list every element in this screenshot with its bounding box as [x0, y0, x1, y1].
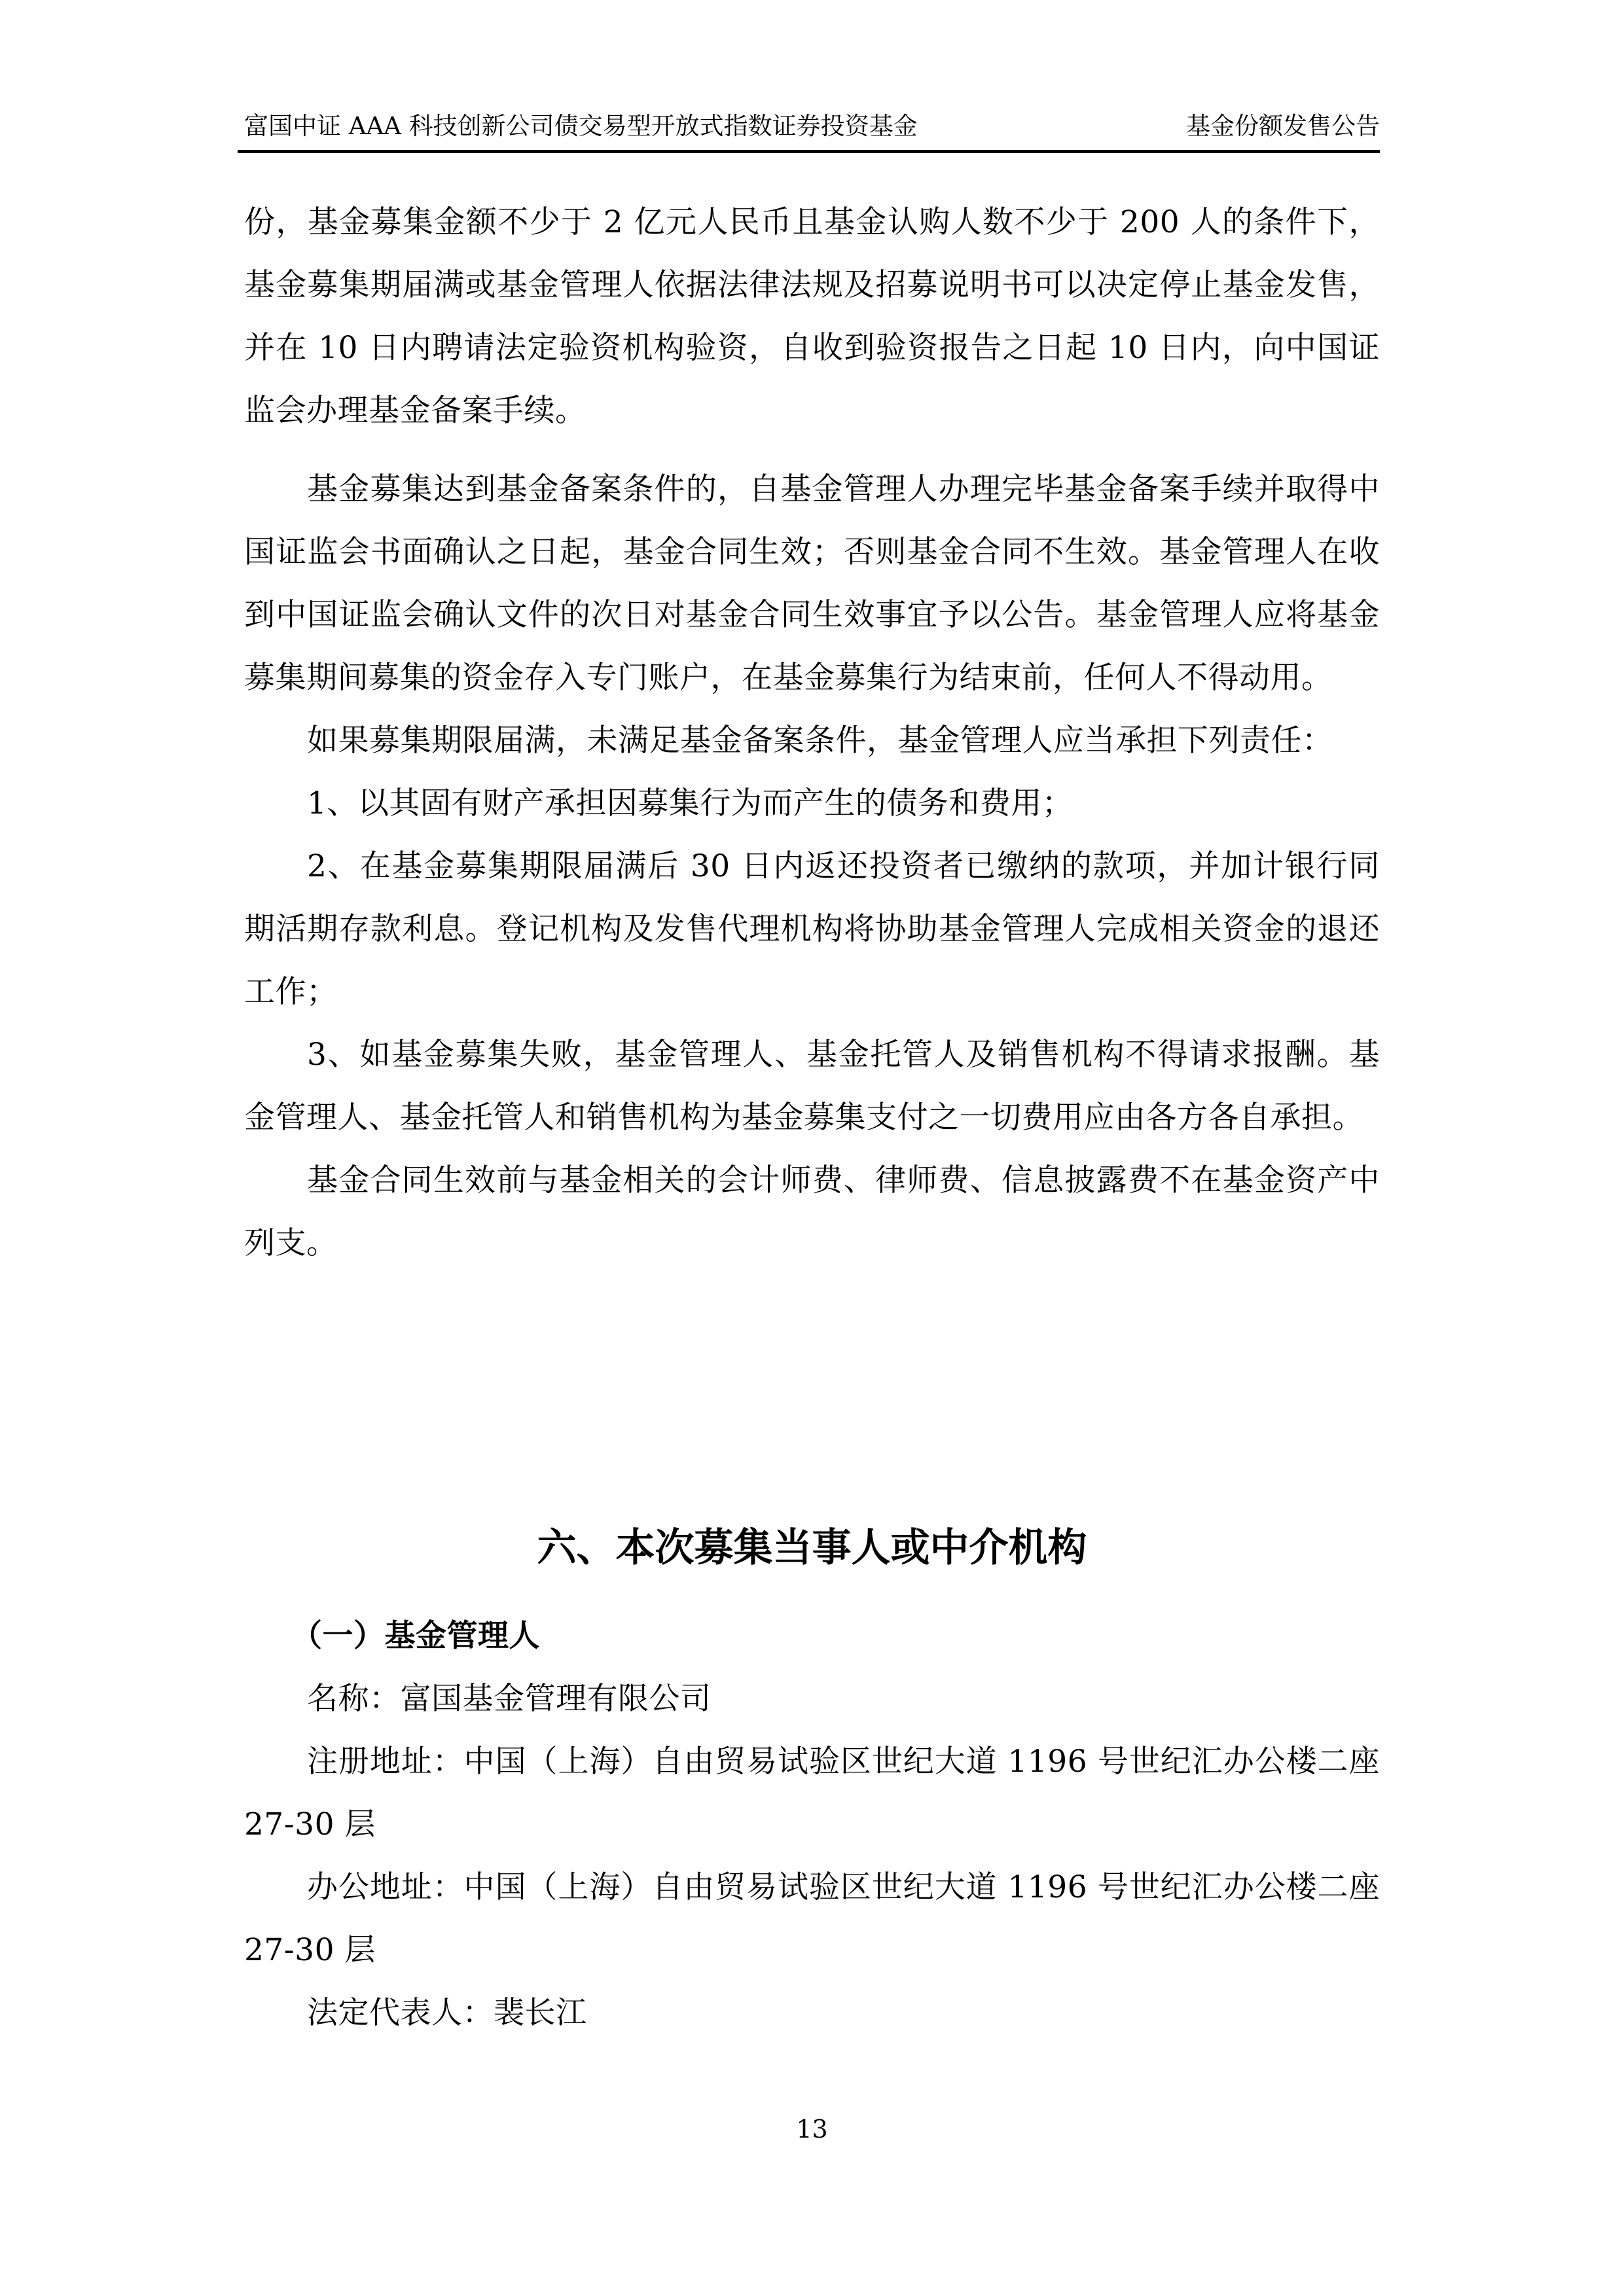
section-title: 六、本次募集当事人或中介机构	[244, 1512, 1380, 1584]
list-item-3: 3、如基金募集失败，基金管理人、基金托管人及销售机构不得请求报酬。基金管理人、基…	[244, 1024, 1380, 1149]
body-section-3: （一）基金管理人 名称：富国基金管理有限公司 注册地址：中国（上海）自由贸易试验…	[244, 1605, 1380, 2045]
fund-manager-registered-address: 注册地址：中国（上海）自由贸易试验区世纪大道 1196 号世纪汇办公楼二座 27…	[244, 1731, 1380, 1856]
header-doc-type: 基金份额发售公告	[1186, 110, 1380, 143]
paragraph-pre-contract-fees: 基金合同生效前与基金相关的会计师费、律师费、信息披露费不在基金资产中列支。	[244, 1149, 1380, 1275]
paragraph-fund-raising-conditions: 份，基金募集金额不少于 2 亿元人民币且基金认购人数不少于 200 人的条件下，…	[244, 191, 1380, 442]
fund-manager-legal-representative: 法定代表人：裴长江	[244, 1982, 1380, 2045]
header-divider	[238, 150, 1380, 153]
fund-manager-office-address: 办公地址：中国（上海）自由贸易试验区世纪大道 1196 号世纪汇办公楼二座 27…	[244, 1856, 1380, 1982]
list-item-1: 1、以其固有财产承担因募集行为而产生的债务和费用；	[244, 772, 1380, 835]
subsection-heading-fund-manager: （一）基金管理人	[244, 1605, 1380, 1668]
fund-manager-name: 名称：富国基金管理有限公司	[244, 1668, 1380, 1731]
body-section-2: 基金募集达到基金备案条件的，自基金管理人办理完毕基金备案手续并取得中国证监会书面…	[244, 458, 1380, 1275]
list-item-2: 2、在基金募集期限届满后 30 日内返还投资者已缴纳的款项，并加计银行同期活期存…	[244, 835, 1380, 1024]
page-header: 富国中证 AAA 科技创新公司债交易型开放式指数证券投资基金 基金份额发售公告	[244, 110, 1380, 149]
paragraph-failure-responsibilities: 如果募集期限届满，未满足基金备案条件，基金管理人应当承担下列责任：	[244, 709, 1380, 772]
header-fund-title: 富国中证 AAA 科技创新公司债交易型开放式指数证券投资基金	[244, 110, 918, 143]
page-number: 13	[0, 2113, 1624, 2145]
body-section-1: 份，基金募集金额不少于 2 亿元人民币且基金认购人数不少于 200 人的条件下，…	[244, 191, 1380, 442]
paragraph-contract-effective: 基金募集达到基金备案条件的，自基金管理人办理完毕基金备案手续并取得中国证监会书面…	[244, 458, 1380, 709]
